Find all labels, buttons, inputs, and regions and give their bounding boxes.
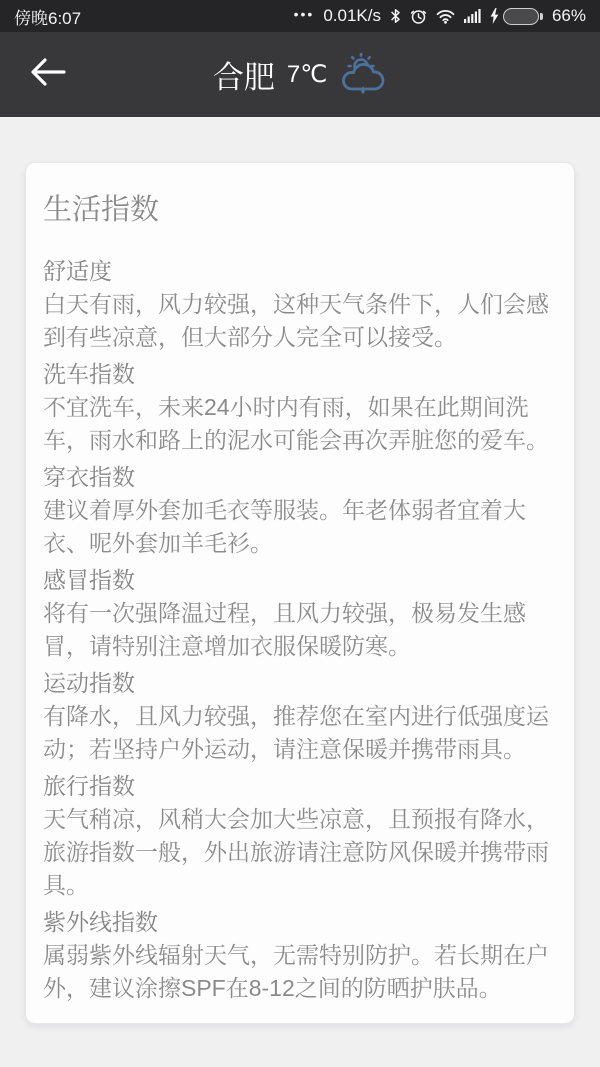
sun-shower-icon [339, 53, 387, 97]
charging-icon [490, 8, 499, 24]
wifi-icon [436, 9, 455, 24]
life-index-section: 舒适度 白天有雨，风力较强，这种天气条件下，人们会感到有些凉意，但大部分人完全可… [43, 255, 557, 354]
section-title: 穿衣指数 [43, 461, 557, 494]
section-body: 不宜洗车，未来24小时内有雨，如果在此期间洗车，雨水和路上的泥水可能会再次弄脏您… [43, 391, 557, 457]
battery-percent: 66% [552, 6, 586, 26]
life-index-section: 运动指数 有降水，且风力较强，推荐您在室内进行低强度运动；若坚持户外运动，请注意… [43, 667, 557, 766]
page-title: 合肥 7℃ [213, 52, 387, 97]
life-index-section: 穿衣指数 建议着厚外套加毛衣等服装。年老体弱者宜着大衣、呢外套加羊毛衫。 [43, 461, 557, 560]
section-title: 运动指数 [43, 667, 557, 700]
card-title: 生活指数 [43, 193, 557, 227]
app-header: 合肥 7℃ [0, 32, 600, 117]
life-index-section: 旅行指数 天气稍凉，风稍大会加大些凉意，且预报有降水，旅游指数一般，外出旅游请注… [43, 770, 557, 902]
network-speed: 0.01K/s [323, 6, 381, 26]
life-index-card: 生活指数 舒适度 白天有雨，风力较强，这种天气条件下，人们会感到有些凉意，但大部… [25, 162, 575, 1024]
life-index-sections: 舒适度 白天有雨，风力较强，这种天气条件下，人们会感到有些凉意，但大部分人完全可… [43, 255, 557, 1005]
status-time: 傍晚6:07 [14, 4, 81, 29]
life-index-section: 洗车指数 不宜洗车，未来24小时内有雨，如果在此期间洗车，雨水和路上的泥水可能会… [43, 358, 557, 457]
alarm-icon [410, 8, 427, 25]
life-index-section: 感冒指数 将有一次强降温过程，且风力较强，极易发生感冒，请特别注意增加衣服保暖防… [43, 564, 557, 663]
section-body: 属弱紫外线辐射天气，无需特别防护。若长期在户外，建议涂擦SPF在8-12之间的防… [43, 939, 557, 1005]
section-title: 旅行指数 [43, 770, 557, 803]
section-body: 将有一次强降温过程，且风力较强，极易发生感冒，请特别注意增加衣服保暖防寒。 [43, 597, 557, 663]
current-temperature: 7℃ [287, 60, 327, 89]
section-title: 洗车指数 [43, 358, 557, 391]
scroll-area[interactable]: 生活指数 舒适度 白天有雨，风力较强，这种天气条件下，人们会感到有些凉意，但大部… [0, 117, 600, 1067]
life-index-section: 紫外线指数 属弱紫外线辐射天气，无需特别防护。若长期在户外，建议涂擦SPF在8-… [43, 906, 557, 1005]
back-arrow-icon [29, 57, 67, 92]
city-name: 合肥 [213, 52, 275, 97]
section-body: 白天有雨，风力较强，这种天气条件下，人们会感到有些凉意，但大部分人完全可以接受。 [43, 288, 557, 354]
section-title: 紫外线指数 [43, 906, 557, 939]
section-body: 天气稍凉，风稍大会加大些凉意，且预报有降水，旅游指数一般，外出旅游请注意防风保暖… [43, 803, 557, 902]
notification-overflow-icon: ••• [294, 6, 315, 22]
section-title: 感冒指数 [43, 564, 557, 597]
bluetooth-icon [390, 8, 401, 24]
signal-icon [464, 9, 481, 23]
status-bar: 傍晚6:07 ••• 0.01K/s [0, 0, 600, 32]
back-button[interactable] [18, 32, 78, 117]
section-body: 建议着厚外套加毛衣等服装。年老体弱者宜着大衣、呢外套加羊毛衫。 [43, 494, 557, 560]
section-body: 有降水，且风力较强，推荐您在室内进行低强度运动；若坚持户外运动，请注意保暖并携带… [43, 700, 557, 766]
section-title: 舒适度 [43, 255, 557, 288]
battery-icon [503, 8, 543, 25]
